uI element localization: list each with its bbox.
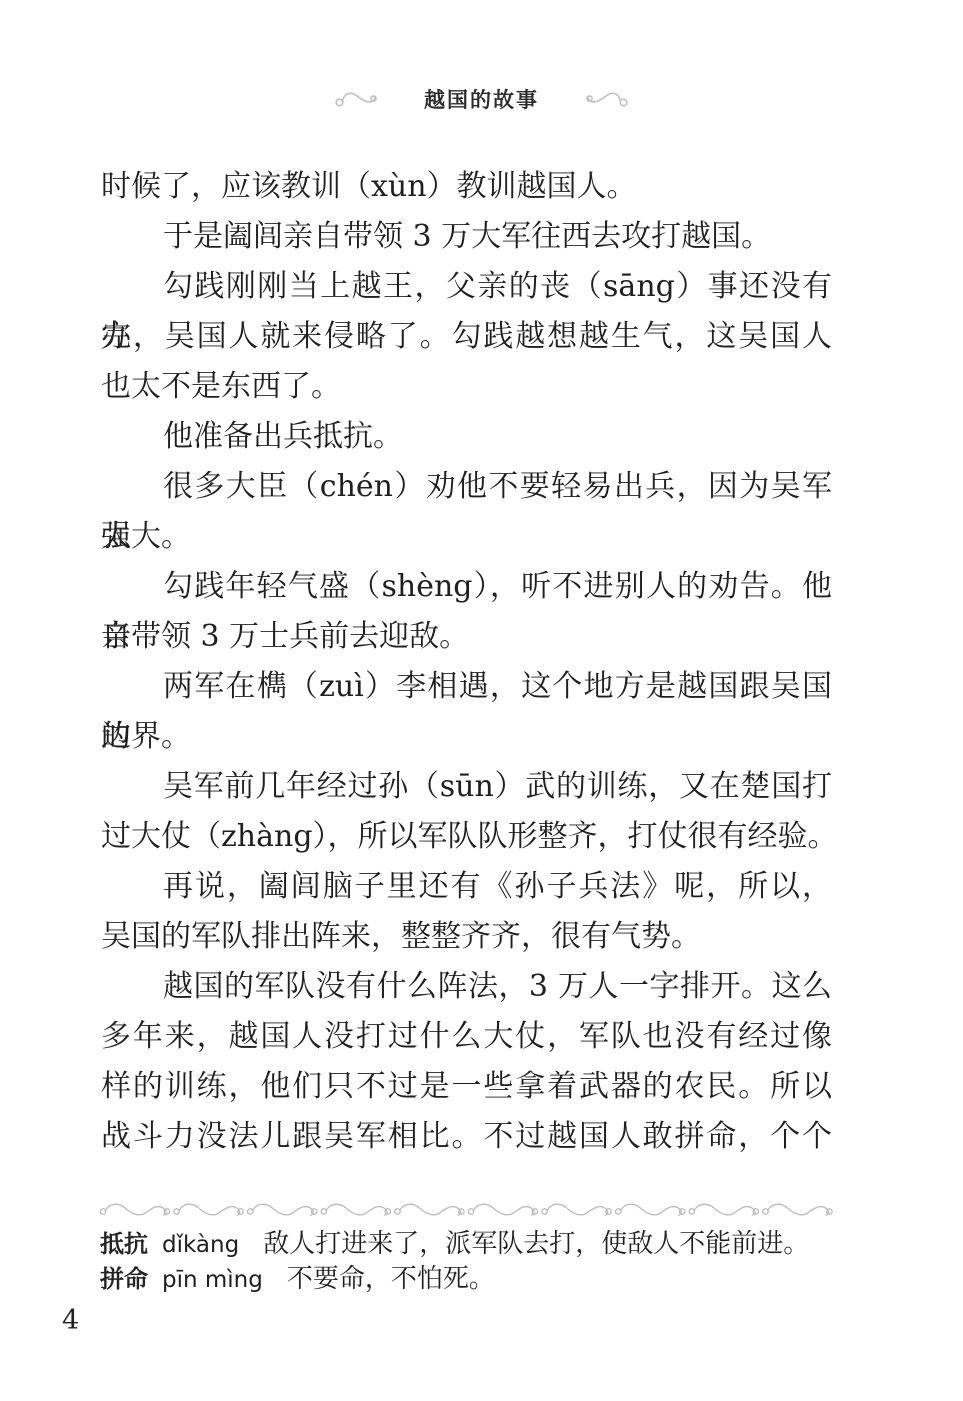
text-line: 吴军前几年经过孙（sūn）武的训练，又在楚国打: [101, 762, 832, 812]
text-line: 多年来，越国人没打过什么大仗，军队也没有经过像: [101, 1012, 832, 1062]
text-line: 两军在檇（zuì）李相遇，这个地方是越国跟吴国的: [101, 662, 832, 712]
vocab-definition: 敌人打进来了，派军队去打，使敌人不能前进。: [263, 1227, 809, 1262]
vocab-pinyin: pīn mìng: [162, 1263, 263, 1298]
text-line: 越国的军队没有什么阵法，3 万人一字排开。这么: [101, 962, 832, 1012]
text-line: 他准备出兵抵抗。: [101, 412, 832, 462]
page-number: 4: [62, 1305, 79, 1336]
text-line: 样的训练，他们只不过是一些拿着武器的农民。所以: [101, 1062, 832, 1112]
page-header: 越国的故事: [0, 84, 963, 114]
text-line: 过大仗（zhàng），所以军队队形整齐，打仗很有经验。: [101, 812, 832, 862]
text-line: 勾践刚刚当上越王，父亲的丧（sāng）事还没有办: [101, 262, 832, 312]
book-page: 越国的故事 时候了，应该教训（xùn）教训越国人。 于是阖闾亲自带领 3 万大军…: [0, 0, 963, 1401]
text-line: 强大。: [101, 512, 832, 562]
text-line: 时候了，应该教训（xùn）教训越国人。: [101, 162, 832, 212]
text-line: 也太不是东西了。: [101, 362, 832, 412]
chapter-title: 越国的故事: [424, 84, 539, 114]
text-line: 战斗力没法儿跟吴军相比。不过越国人敢拼命，个个: [101, 1112, 832, 1162]
text-line: 勾践年轻气盛（shèng），听不进别人的劝告。他亲: [101, 562, 832, 612]
vocab-entry: 抵抗 dǐkàng 敌人打进来了，派军队去打，使敌人不能前进。: [100, 1227, 860, 1262]
story-text: 时候了，应该教训（xùn）教训越国人。 于是阖闾亲自带领 3 万大军往西去攻打越…: [101, 162, 832, 1162]
vocab-word: 抵抗: [100, 1227, 162, 1262]
divider-ornament-icon: [98, 1200, 834, 1220]
vocab-definition: 不要命，不怕死。: [287, 1262, 495, 1297]
text-line: 吴国的军队排出阵来，整整齐齐，很有气势。: [101, 912, 832, 962]
text-line: 再说，阖闾脑子里还有《孙子兵法》呢，所以，: [101, 862, 832, 912]
vocab-pinyin: dǐkàng: [162, 1228, 239, 1263]
vocab-notes: 抵抗 dǐkàng 敌人打进来了，派军队去打，使敌人不能前进。 拼命 pīn m…: [100, 1227, 860, 1297]
vocab-word: 拼命: [100, 1262, 162, 1297]
text-line: 完，吴国人就来侵略了。勾践越想越生气，这吴国人: [101, 312, 832, 362]
header-flourish-left-icon: [333, 87, 380, 111]
vocab-entry: 拼命 pīn mìng 不要命，不怕死。: [100, 1262, 860, 1297]
text-line: 于是阖闾亲自带领 3 万大军往西去攻打越国。: [101, 212, 832, 262]
text-line: 自带领 3 万士兵前去迎敌。: [101, 612, 832, 662]
text-line: 很多大臣（chén）劝他不要轻易出兵，因为吴军太: [101, 462, 832, 512]
text-line: 边界。: [101, 712, 832, 762]
header-flourish-right-icon: [583, 87, 630, 111]
